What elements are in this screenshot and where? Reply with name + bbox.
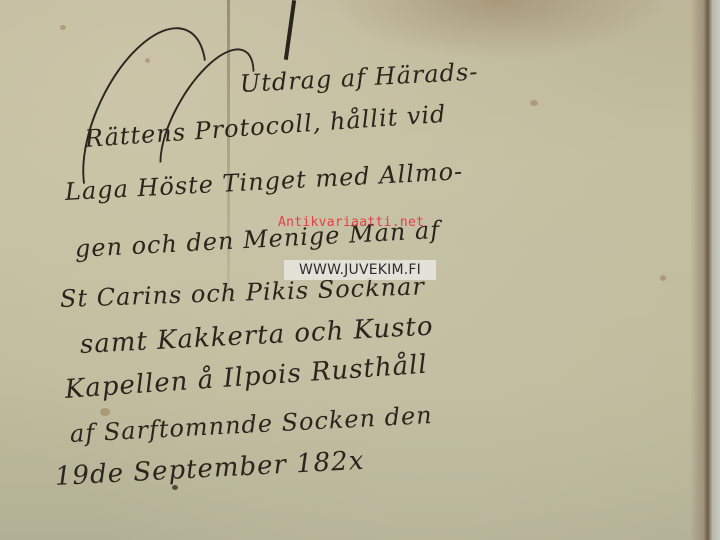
text-line-8: af Sarftomnnde Socken den [69, 401, 433, 448]
watermark-antikvariaatti: Antikvariaatti.net [278, 215, 424, 230]
ink-spot [100, 408, 110, 416]
ink-spot [60, 25, 66, 30]
watermark-juvekim: WWW.JUVEKIM.FI [284, 260, 436, 280]
pen-stroke [284, 0, 296, 60]
text-line-9: 19de September 182x [54, 446, 365, 492]
manuscript-photo: Utdrag af Härads- Rättens Protocoll, hål… [0, 0, 720, 540]
ink-spot [530, 100, 538, 106]
text-line-1: Utdrag af Härads- [239, 58, 479, 98]
ink-spot [660, 275, 666, 281]
paper-stain [330, 0, 670, 60]
paper-edge [690, 0, 720, 540]
